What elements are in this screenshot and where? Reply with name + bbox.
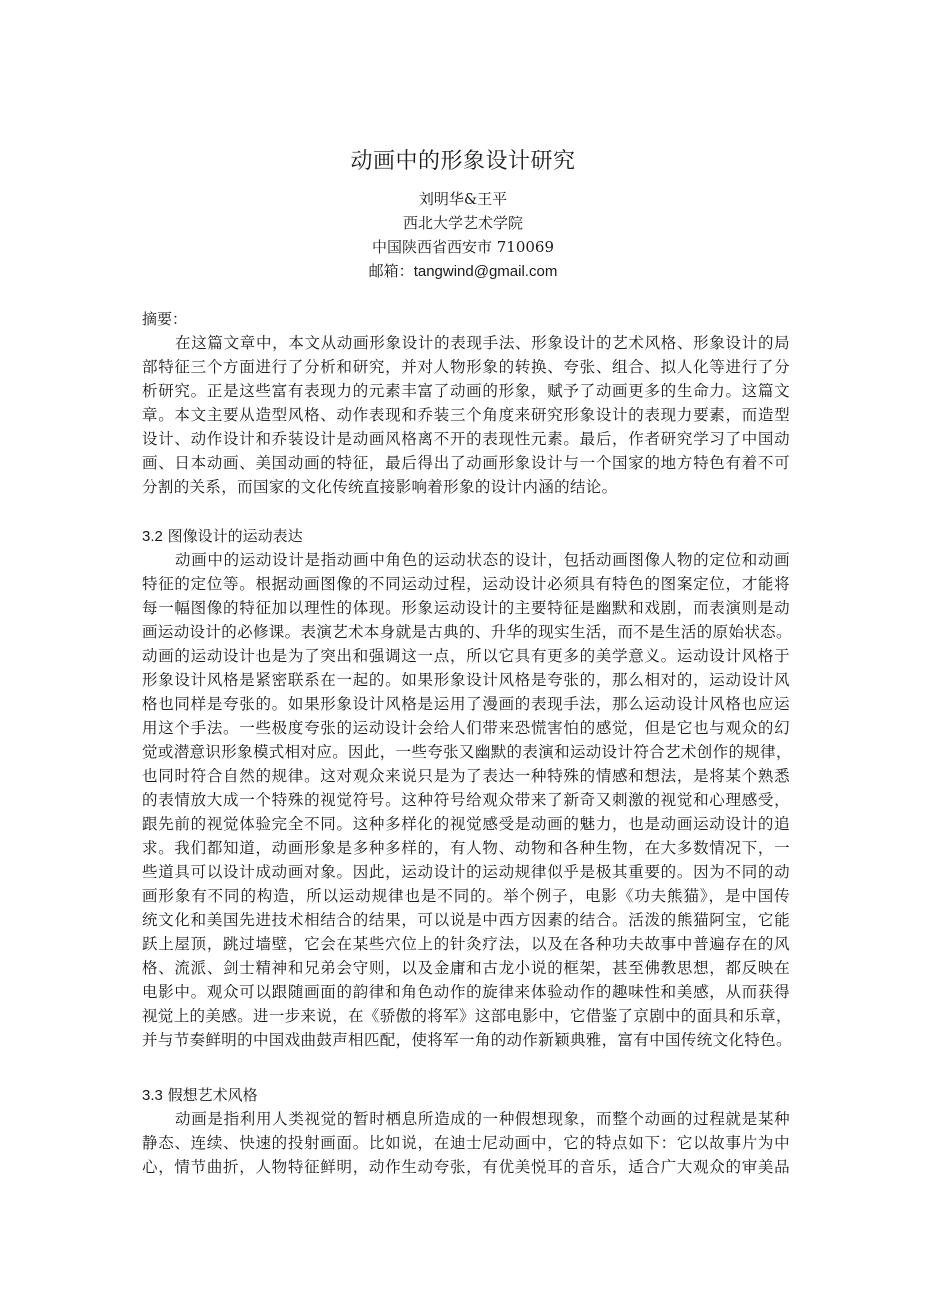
- paragraph-line: 也同时符合自然的规律。这对观众来说只是为了表达一种特殊的情感和想法，是将某个熟悉: [142, 764, 790, 788]
- paragraph-line: 动画是指利用人类视觉的暂时栖息所造成的一种假想现象，而整个动画的过程就是某种: [142, 1107, 790, 1131]
- authors-text: 刘明华&王平: [419, 190, 507, 208]
- section-number: 3.2: [142, 528, 163, 545]
- section-title: 假想艺术风格: [168, 1086, 258, 1104]
- paragraph-line: 用这个手法。一些极度夸张的运动设计会给人们带来恐慌害怕的感觉，但是它也与观众的幻: [142, 716, 790, 740]
- email-address: tangwind@gmail.com: [414, 263, 558, 280]
- abstract-line: 设计、动作设计和乔装设计是动画风格离不开的表现性元素。最后，作者研究学习了中国动: [142, 427, 790, 451]
- section-3-3: 3.3 假想艺术风格 动画是指利用人类视觉的暂时栖息所造成的一种假想现象，而整个…: [142, 1083, 790, 1179]
- address: 中国陕西省西安市 710069: [0, 235, 926, 259]
- paragraph-line: 些道具可以设计成动画对象。因此，运动设计的运动规律似乎是极其重要的。因为不同的动: [142, 860, 790, 884]
- paper-title: 动画中的形象设计研究: [0, 148, 926, 176]
- abstract-line: 分割的关系，而国家的文化传统直接影响着形象的设计内涵的结论。: [142, 475, 790, 499]
- paragraph-line: 每一幅图像的特征加以理性的体现。形象运动设计的主要特征是幽默和戏剧，而表演则是动: [142, 596, 790, 620]
- abstract-label: 摘要：: [142, 307, 790, 331]
- paragraph-line: 跃上屋顶，跳过墙壁，它会在某些穴位上的针灸疗法，以及在各种功夫故事中普遍存在的风: [142, 932, 790, 956]
- section-heading: 3.2 图像设计的运动表达: [142, 524, 790, 548]
- abstract-line: 部特征三个方面进行了分析和研究，并对人物形象的转换、夸张、组合、拟人化等进行了分: [142, 355, 790, 379]
- affiliation: 西北大学艺术学院: [0, 211, 926, 235]
- email-line: 邮箱：tangwind@gmail.com: [0, 259, 926, 284]
- paragraph-line: 静态、连续、快速的投射画面。比如说，在迪士尼动画中，它的特点如下：它以故事片为中: [142, 1131, 790, 1155]
- section-3-2: 3.2 图像设计的运动表达 动画中的运动设计是指动画中角色的运动状态的设计，包括…: [142, 524, 790, 1052]
- email-label: 邮箱：: [369, 262, 414, 280]
- section-number: 3.3: [142, 1087, 163, 1104]
- paragraph-line: 动画的运动设计也是为了突出和强调这一点，所以它具有更多的美学意义。运动设计风格于: [142, 644, 790, 668]
- paragraph-line: 跟先前的视觉体验完全不同。这种多样化的视觉感受是动画的魅力，也是动画运动设计的追: [142, 812, 790, 836]
- paragraph-line: 画形象有不同的构造，所以运动规律也是不同的。举个例子，电影《功夫熊猫》，是中国传: [142, 884, 790, 908]
- paragraph-line: 电影中。观众可以跟随画面的韵律和角色动作的旋律来体验动作的趣味性和美感，从而获得: [142, 980, 790, 1004]
- document-page: 动画中的形象设计研究 刘明华&王平 西北大学艺术学院 中国陕西省西安市 7100…: [0, 0, 926, 1309]
- abstract-line: 章。本文主要从造型风格、动作表现和乔装三个角度来研究形象设计的表现力要素，而造型: [142, 403, 790, 427]
- abstract-line: 画、日本动画、美国动画的特征，最后得出了动画形象设计与一个国家的地方特色有着不可: [142, 451, 790, 475]
- paragraph-line: 格也同样是夸张的。如果形象设计风格是运用了漫画的表现手法，那么运动设计风格也应运: [142, 692, 790, 716]
- abstract-line: 在这篇文章中，本文从动画形象设计的表现手法、形象设计的艺术风格、形象设计的局: [142, 331, 790, 355]
- paragraph-line: 的表情放大成一个特殊的视觉符号。这种符号给观众带来了新奇又刺激的视觉和心理感受，: [142, 788, 790, 812]
- paragraph-line: 统文化和美国先进技术相结合的结果，可以说是中西方因素的结合。活泼的熊猫阿宝，它能: [142, 908, 790, 932]
- paragraph-line: 并与节奏鲜明的中国戏曲鼓声相匹配，使将军一角的动作新颖典雅，富有中国传统文化特色…: [142, 1028, 790, 1052]
- paragraph-line: 形象设计风格是紧密联系在一起的。如果形象设计风格是夸张的，那么相对的，运动设计风: [142, 668, 790, 692]
- paragraph-line: 求。我们都知道，动画形象是多种多样的，有人物、动物和各种生物，在大多数情况下，一: [142, 836, 790, 860]
- section-heading: 3.3 假想艺术风格: [142, 1083, 790, 1107]
- paragraph-line: 视觉上的美感。进一步来说，在《骄傲的将军》这部电影中，它借鉴了京剧中的面具和乐章…: [142, 1004, 790, 1028]
- section-title: 图像设计的运动表达: [168, 527, 303, 545]
- abstract-line: 析研究。正是这些富有表现力的元素丰富了动画的形象，赋予了动画更多的生命力。这篇文: [142, 379, 790, 403]
- paragraph-line: 心，情节曲折，人物特征鲜明，动作生动夸张，有优美悦耳的音乐，适合广大观众的审美品: [142, 1155, 790, 1179]
- authors: 刘明华&王平: [0, 187, 926, 211]
- paragraph-line: 动画中的运动设计是指动画中角色的运动状态的设计，包括动画图像人物的定位和动画: [142, 548, 790, 572]
- paragraph-line: 画运动设计的必修课。表演艺术本身就是古典的、升华的现实生活，而不是生活的原始状态…: [142, 620, 790, 644]
- paragraph-line: 觉或潜意识形象模式相对应。因此，一些夸张又幽默的表演和运动设计符合艺术创作的规律…: [142, 740, 790, 764]
- paragraph-line: 特征的定位等。根据动画图像的不同运动过程，运动设计必须具有特色的图案定位，才能将: [142, 572, 790, 596]
- abstract-section: 摘要： 在这篇文章中，本文从动画形象设计的表现手法、形象设计的艺术风格、形象设计…: [142, 307, 790, 499]
- paragraph-line: 格、流派、剑士精神和兄弟会守则，以及金庸和古龙小说的框架，甚至佛教思想，都反映在: [142, 956, 790, 980]
